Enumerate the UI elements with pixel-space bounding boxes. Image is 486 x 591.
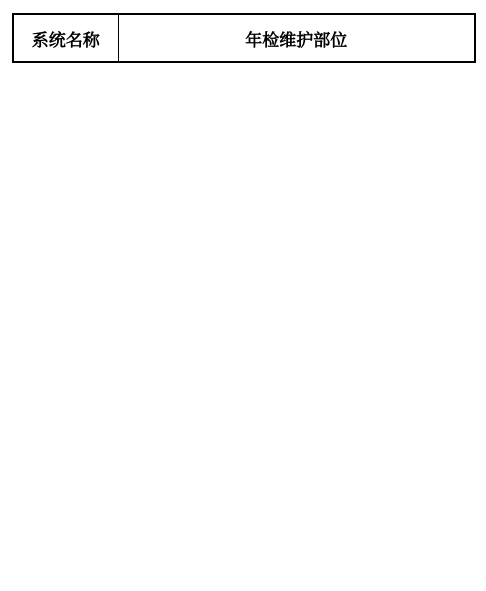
table-header-row: 系统名称 年检维护部位	[13, 14, 475, 62]
document-page: 系统名称 年检维护部位	[0, 0, 486, 591]
header-system-name: 系统名称	[13, 14, 118, 62]
header-maintenance-parts: 年检维护部位	[118, 14, 475, 62]
maintenance-table: 系统名称 年检维护部位	[12, 13, 476, 63]
